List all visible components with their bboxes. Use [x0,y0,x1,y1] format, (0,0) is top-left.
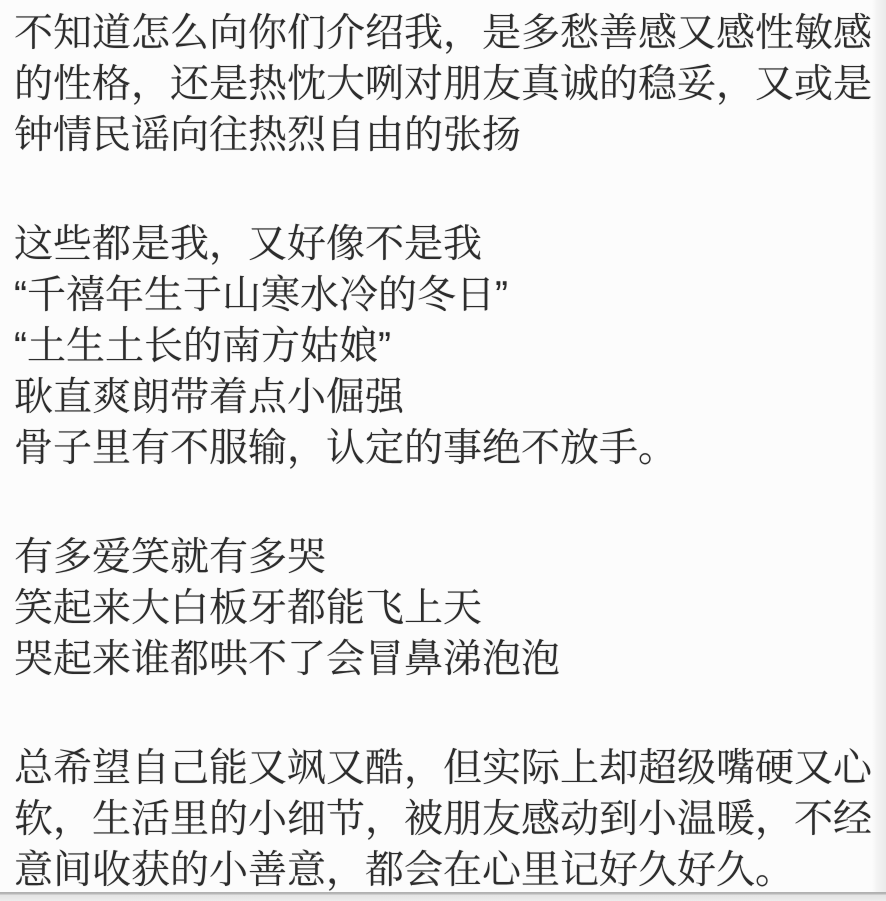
text-line: 钟情民谣向往热烈自由的张扬 [14,110,880,161]
text-line: 耿直爽朗带着点小倔强 [14,372,880,423]
text-line: 哭起来谁都哄不了会冒鼻涕泡泡 [14,634,880,685]
text-line: 不知道怎么向你们介绍我，是多愁善感又感性敏感 [14,8,880,59]
text-line: 的性格，还是热忱大咧对朋友真诚的稳妥，又或是 [14,59,880,110]
paragraph: 有多爱笑就有多哭笑起来大白板牙都能飞上天哭起来谁都哄不了会冒鼻涕泡泡 [14,532,880,685]
paragraph: 这些都是我，又好像不是我“千禧年生于山寒水冷的冬日”“土生土长的南方姑娘”耿直爽… [14,219,880,474]
paragraph: 总希望自己能又飒又酷，但实际上却超级嘴硬又心软，生活里的小细节，被朋友感动到小温… [14,743,880,896]
text-line: “土生土长的南方姑娘” [14,321,880,372]
text-line: 软，生活里的小细节，被朋友感动到小温暖，不经 [14,794,880,845]
text-line: 笑起来大白板牙都能飞上天 [14,583,880,634]
text-line: “千禧年生于山寒水冷的冬日” [14,270,880,321]
text-body: 不知道怎么向你们介绍我，是多愁善感又感性敏感的性格，还是热忱大咧对朋友真诚的稳妥… [14,8,880,896]
text-line: 有多爱笑就有多哭 [14,532,880,583]
text-line: 这些都是我，又好像不是我 [14,219,880,270]
paragraph: 不知道怎么向你们介绍我，是多愁善感又感性敏感的性格，还是热忱大咧对朋友真诚的稳妥… [14,8,880,161]
text-line: 意间收获的小善意，都会在心里记好久好久。 [14,845,880,896]
bottom-edge-bar [0,892,886,901]
text-line: 骨子里有不服输，认定的事绝不放手。 [14,423,880,474]
text-line: 总希望自己能又飒又酷，但实际上却超级嘴硬又心 [14,743,880,794]
